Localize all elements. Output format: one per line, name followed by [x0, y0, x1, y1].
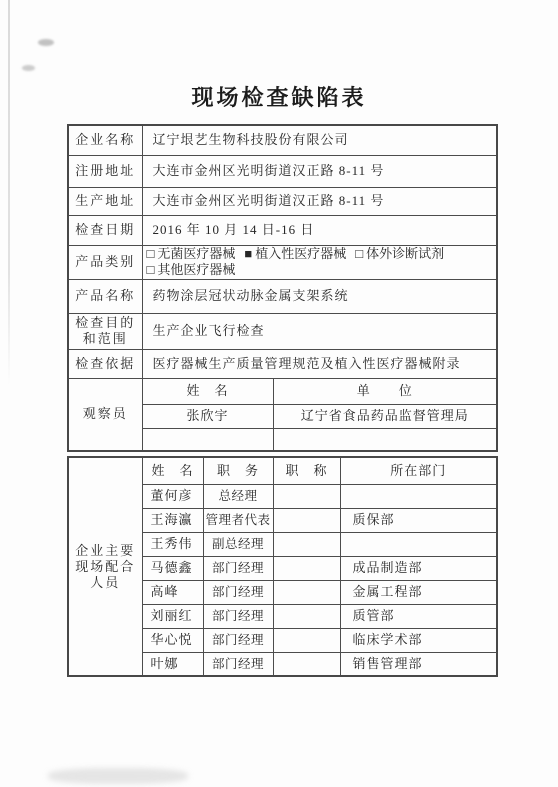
- person-title: [273, 508, 340, 532]
- category-option: □无菌医疗器械: [147, 246, 236, 261]
- person-title: [273, 628, 340, 652]
- person-title: [273, 484, 340, 508]
- field-value: 医疗器械生产质量管理规范及植入性医疗器械附录: [142, 349, 497, 378]
- scan-smudge-artifact: [22, 65, 35, 71]
- person-title: [273, 532, 340, 556]
- column-header: 姓 名: [142, 378, 273, 404]
- document-page: 现场检查缺陷表 企业名称 辽宁垠艺生物科技股份有限公司 注册地址 大连市金州区光…: [0, 0, 558, 787]
- person-title: [273, 604, 340, 628]
- person-department: 销售管理部: [340, 652, 497, 676]
- person-position: 管理者代表: [203, 508, 273, 532]
- person-name: 王秀伟: [142, 532, 203, 556]
- column-header: 职 务: [203, 457, 273, 484]
- observer-header-row: 观察员 姓 名 单 位: [68, 378, 497, 404]
- checkbox-unchecked-icon: □: [147, 262, 155, 277]
- label-line: 企业主要: [71, 543, 140, 559]
- table-row: 企业名称 辽宁垠艺生物科技股份有限公司: [68, 125, 497, 155]
- checkbox-label: 植入性医疗器械: [255, 246, 346, 261]
- field-value: 药物涂层冠状动脉金属支架系统: [142, 279, 497, 313]
- category-line: □其他医疗器械: [147, 262, 493, 278]
- checkbox-unchecked-icon: □: [355, 246, 363, 261]
- checkbox-label: 其他医疗器械: [157, 262, 235, 277]
- person-department: 质管部: [340, 604, 497, 628]
- column-header: 职 称: [273, 457, 340, 484]
- personnel-header-row: 企业主要 现场配合 人员 姓 名 职 务 职 称 所在部门: [68, 457, 497, 484]
- person-title: [273, 556, 340, 580]
- company-personnel-table: 企业主要 现场配合 人员 姓 名 职 务 职 称 所在部门 董何彦 总经理 王海…: [67, 456, 498, 677]
- table-row: 检查日期 2016 年 10 月 14 日-16 日: [68, 215, 497, 245]
- observer-unit: [273, 428, 497, 451]
- person-position: 部门经理: [203, 580, 273, 604]
- person-position: 副总经理: [203, 532, 273, 556]
- observer-name: [142, 428, 273, 451]
- table-row: 生产地址 大连市金州区光明街道汉正路 8-11 号: [68, 187, 497, 215]
- scan-smudge-artifact: [38, 39, 54, 46]
- category-option: ■植入性医疗器械: [244, 246, 346, 261]
- person-department: 金属工程部: [340, 580, 497, 604]
- observer-name: 张欣宇: [142, 404, 273, 428]
- category-option: □其他医疗器械: [147, 262, 236, 277]
- person-name: 董何彦: [142, 484, 203, 508]
- person-position: 部门经理: [203, 556, 273, 580]
- label-line: 人员: [71, 575, 140, 591]
- person-name: 王海瀛: [142, 508, 203, 532]
- scan-edge-artifact: [8, 0, 10, 385]
- field-value: 2016 年 10 月 14 日-16 日: [142, 215, 497, 245]
- table-row: 注册地址 大连市金州区光明街道汉正路 8-11 号: [68, 155, 497, 187]
- field-label: 企业主要 现场配合 人员: [68, 457, 142, 676]
- label-line: 检查目的: [71, 315, 140, 331]
- person-title: [273, 652, 340, 676]
- field-value: 大连市金州区光明街道汉正路 8-11 号: [142, 155, 497, 187]
- person-position: 部门经理: [203, 628, 273, 652]
- person-department: 成品制造部: [340, 556, 497, 580]
- column-header: 单 位: [273, 378, 497, 404]
- field-label: 检查目的 和范围: [68, 313, 142, 349]
- inspection-info-table: 企业名称 辽宁垠艺生物科技股份有限公司 注册地址 大连市金州区光明街道汉正路 8…: [67, 124, 498, 452]
- column-header: 姓 名: [142, 457, 203, 484]
- person-department: [340, 484, 497, 508]
- label-line: 和范围: [71, 331, 140, 347]
- checkbox-unchecked-icon: □: [147, 246, 155, 261]
- field-label: 企业名称: [68, 125, 142, 155]
- field-label: 检查依据: [68, 349, 142, 378]
- field-label: 观察员: [68, 378, 142, 451]
- checkbox-label: 无菌医疗器械: [157, 246, 235, 261]
- observer-unit: 辽宁省食品药品监督管理局: [273, 404, 497, 428]
- category-option: □体外诊断试剂: [355, 246, 444, 261]
- person-name: 叶娜: [142, 652, 203, 676]
- person-name: 华心悦: [142, 628, 203, 652]
- person-name: 刘丽红: [142, 604, 203, 628]
- person-name: 马德鑫: [142, 556, 203, 580]
- table-row: 检查依据 医疗器械生产质量管理规范及植入性医疗器械附录: [68, 349, 497, 378]
- person-title: [273, 580, 340, 604]
- product-category-options: □无菌医疗器械■植入性医疗器械□体外诊断试剂 □其他医疗器械: [142, 245, 497, 279]
- field-value: 辽宁垠艺生物科技股份有限公司: [142, 125, 497, 155]
- field-label: 注册地址: [68, 155, 142, 187]
- person-position: 部门经理: [203, 604, 273, 628]
- table-row-product-category: 产品类别 □无菌医疗器械■植入性医疗器械□体外诊断试剂 □其他医疗器械: [68, 245, 497, 279]
- field-label: 检查日期: [68, 215, 142, 245]
- label-line: 现场配合: [71, 559, 140, 575]
- person-department: 临床学术部: [340, 628, 497, 652]
- page-title: 现场检查缺陷表: [0, 86, 558, 110]
- table-row: 产品名称 药物涂层冠状动脉金属支架系统: [68, 279, 497, 313]
- person-department: [340, 532, 497, 556]
- category-line: □无菌医疗器械■植入性医疗器械□体外诊断试剂: [147, 246, 493, 262]
- scan-smudge-artifact: [48, 768, 188, 784]
- table-row-inspection-purpose: 检查目的 和范围 生产企业飞行检查: [68, 313, 497, 349]
- field-value: 生产企业飞行检查: [142, 313, 497, 349]
- field-label: 产品类别: [68, 245, 142, 279]
- person-position: 部门经理: [203, 652, 273, 676]
- field-label: 生产地址: [68, 187, 142, 215]
- person-department: 质保部: [340, 508, 497, 532]
- person-position: 总经理: [203, 484, 273, 508]
- field-value: 大连市金州区光明街道汉正路 8-11 号: [142, 187, 497, 215]
- checkbox-checked-icon: ■: [244, 246, 252, 261]
- field-label: 产品名称: [68, 279, 142, 313]
- person-name: 高峰: [142, 580, 203, 604]
- column-header: 所在部门: [340, 457, 497, 484]
- checkbox-label: 体外诊断试剂: [366, 246, 444, 261]
